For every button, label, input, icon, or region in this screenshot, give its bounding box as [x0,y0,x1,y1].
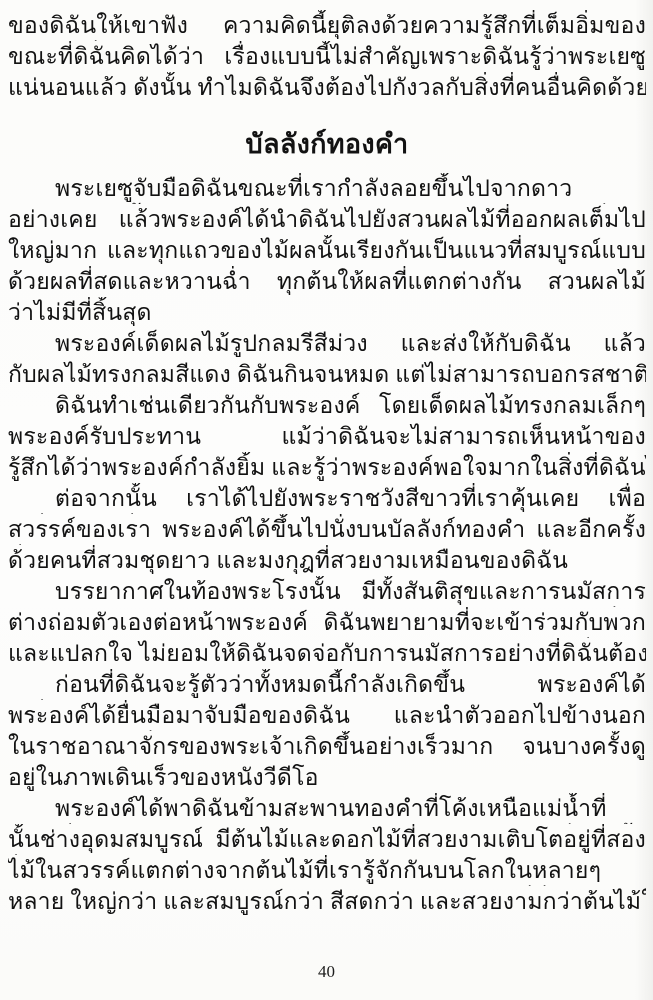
text-line: พระองค์เด็ดผลไม้รูปกลมรีสีม่วง และส่งให้… [8,328,646,359]
text-line: ของดิฉันให้เขาฟัง ความคิดนี้ยุติลงด้วยคว… [8,10,646,41]
paragraph: ก่อนที่ดิฉันจะรู้ตัวว่าทั้งหมดนี้กำลังเก… [8,669,646,793]
text-line: หลาย ใหญ่กว่า และสมบูรณ์กว่า สีสดกว่า แล… [8,886,646,917]
page-body: ของดิฉันให้เขาฟัง ความคิดนี้ยุติลงด้วยคว… [8,10,646,917]
text-line: ใหญ่มาก และทุกแถวของไม้ผลนั้นเรียงกันเป็… [8,235,646,266]
text-line: พระเยซูจับมือดิฉันขณะที่เรากำลังลอยขึ้นไ… [8,173,646,204]
paragraph: พระองค์ได้พาดิฉันข้ามสะพานทองคำที่โค้งเห… [8,793,646,917]
text-line: สวรรค์ของเรา พระองค์ได้ขึ้นไปนั่งบนบัลลั… [8,514,646,545]
text-line: แน่นอนแล้ว ดังนั้น ทำไมดิฉันจึงต้องไปกัง… [8,72,646,103]
text-line: รู้สึกได้ว่าพระองค์กำลังยิ้ม และรู้ว่าพร… [8,452,646,483]
text-line: ไม้ในสวรรค์แตกต่างจากต้นไม้ที่เรารู้จักก… [8,855,646,886]
text-line: บรรยากาศในท้องพระโรงนั้น มีทั้งสันติสุขแ… [8,576,646,607]
text-line: ดิฉันทำเช่นเดียวกันกับพระองค์ โดยเด็ดผลไ… [8,390,646,421]
text-line: ต่างถ่อมตัวเองต่อหน้าพระองค์ ดิฉันพยายาม… [8,607,646,638]
text-line: พระองค์ได้พาดิฉันข้ามสะพานทองคำที่โค้งเห… [8,793,646,824]
text-line: ว่าไม่มีที่สิ้นสุด [8,297,646,328]
chapter-heading: บัลลังก์ทองคำ [8,127,646,161]
text-line: พระองค์ได้ยื่นมือมาจับมือของดิฉัน และนำต… [8,700,646,731]
text-line: พระองค์รับประทาน แม้ว่าดิฉันจะไม่สามารถเ… [8,421,646,452]
text-line: นั้นช่างอุดมสมบูรณ์ มีต้นไม้และดอกไม้ที่… [8,824,646,855]
paragraph: บรรยากาศในท้องพระโรงนั้น มีทั้งสันติสุขแ… [8,576,646,669]
text-line: ด้วยผลที่สดและหวานฉ่ำ ทุกต้นให้ผลที่แตกต… [8,266,646,297]
text-line: ขณะที่ดิฉันคิดได้ว่า เรื่องแบบนี้ไม่สำคั… [8,41,646,72]
text-line: อยู่ในภาพเดินเร็วของหนังวีดีโอ [8,762,646,793]
paragraph: พระเยซูจับมือดิฉันขณะที่เรากำลังลอยขึ้นไ… [8,173,646,328]
paragraph: ดิฉันทำเช่นเดียวกันกับพระองค์ โดยเด็ดผลไ… [8,390,646,483]
text-line: ด้วยคนที่สวมชุดยาว และมงกุฎที่สวยงามเหมื… [8,545,646,576]
text-line: อย่างเคย แล้วพระองค์ได้นำดิฉันไปยังสวนผล… [8,204,646,235]
paragraph-continuation: ของดิฉันให้เขาฟัง ความคิดนี้ยุติลงด้วยคว… [8,10,646,103]
book-page: ของดิฉันให้เขาฟัง ความคิดนี้ยุติลงด้วยคว… [0,0,653,1000]
text-line: ในราชอาณาจักรของพระเจ้าเกิดขึ้นอย่างเร็ว… [8,731,646,762]
text-line: และแปลกใจ ไม่ยอมให้ดิฉันจดจ่อกับการนมัสก… [8,638,646,669]
paragraph: พระองค์เด็ดผลไม้รูปกลมรีสีม่วง และส่งให้… [8,328,646,390]
text-line: ก่อนที่ดิฉันจะรู้ตัวว่าทั้งหมดนี้กำลังเก… [8,669,646,700]
text-line: ต่อจากนั้น เราได้ไปยังพระราชวังสีขาวที่เ… [8,483,646,514]
page-number: 40 [0,962,653,982]
paragraph: ต่อจากนั้น เราได้ไปยังพระราชวังสีขาวที่เ… [8,483,646,576]
text-line: กับผลไม้ทรงกลมสีแดง ดิฉันกินจนหมด แต่ไม่… [8,359,646,390]
